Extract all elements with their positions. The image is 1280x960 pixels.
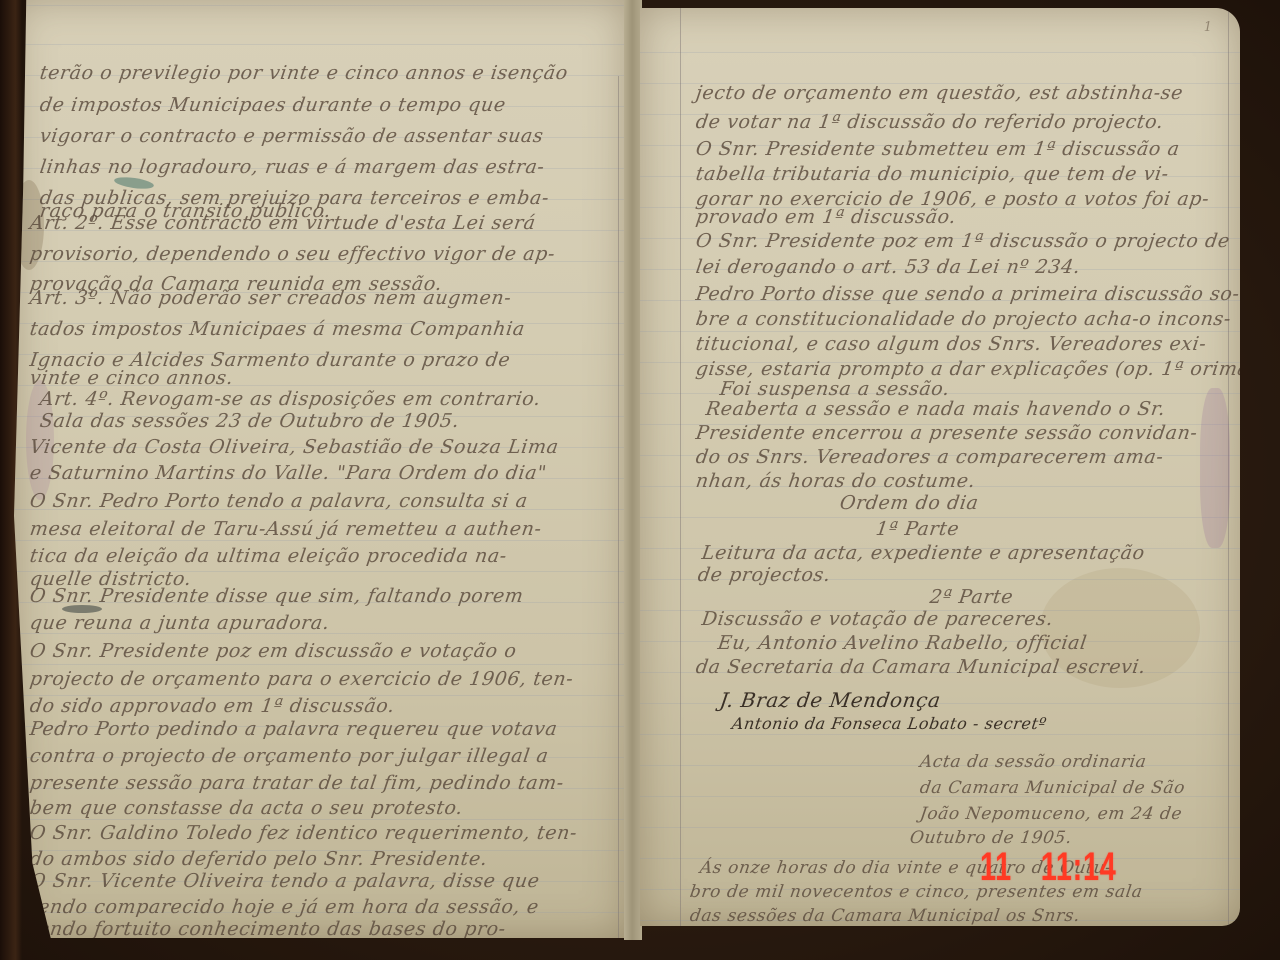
left-margin-rule: [680, 8, 681, 926]
handwritten-line: Pedro Porto disse que sendo a primeira d…: [694, 283, 1240, 305]
handwritten-line: terão o previlegio por vinte e cinco ann…: [38, 62, 569, 84]
handwritten-line: Eu, Antonio Avelino Rabello, official: [716, 632, 1088, 654]
handwritten-line: provado em 1ª discussão.: [694, 206, 957, 228]
handwritten-line: de impostos Municipaes durante o tempo q…: [38, 94, 507, 116]
handwritten-line: nhan, ás horas do costume.: [694, 470, 976, 492]
left-page: terão o previlegio por vinte e cinco ann…: [14, 0, 626, 938]
signature-secretary: Antonio da Fonseca Lobato - secretº: [731, 714, 1048, 733]
handwritten-line: O Snr. Galdino Toledo fez identico reque…: [28, 822, 578, 844]
part2-heading: 2ª Parte: [928, 586, 1014, 608]
minutes-heading-line: João Nepomuceno, em 24 de: [919, 804, 1184, 824]
purple-stain: [1200, 388, 1230, 548]
right-margin-rule: [618, 76, 619, 938]
handwritten-line: O Snr. Presidente submetteu em 1ª discus…: [694, 138, 1181, 160]
handwritten-line: Pedro Porto pedindo a palavra requereu q…: [28, 718, 558, 740]
order-of-day-heading: Ordem do dia: [838, 492, 980, 514]
handwritten-line: projecto de orçamento para o exercicio d…: [28, 668, 574, 690]
ledger-photo: terão o previlegio por vinte e cinco ann…: [0, 0, 1280, 960]
handwritten-line: jecto de orçamento em questão, est absti…: [694, 82, 1184, 104]
handwritten-line: contra o projecto de orçamento por julga…: [28, 745, 550, 767]
handwritten-line: das sessões da Camara Municipal os Snrs.: [689, 906, 1082, 926]
handwritten-line: de votar na 1ª discussão do referido pro…: [694, 111, 1165, 133]
right-page: 1 jecto de orçamento em questão, est abs…: [640, 8, 1240, 926]
handwritten-line: Foi suspensa a sessão.: [718, 378, 951, 400]
handwritten-line: Sala das sessões 23 de Outubro de 1905.: [38, 410, 460, 432]
handwritten-line: vigorar o contracto e permissão de assen…: [38, 125, 545, 147]
right-margin-rule: [1228, 8, 1229, 926]
handwritten-line: de projectos.: [696, 564, 832, 586]
handwritten-line: Art. 2º. Esse contracto em virtude d'est…: [28, 212, 537, 234]
handwritten-line: Presidente encerrou a presente sessão co…: [694, 422, 1199, 444]
handwritten-line: do os Snrs. Vereadores a comparecerem am…: [694, 446, 1165, 468]
handwritten-line: tabella tributaria do municipio, que tem…: [694, 163, 1170, 185]
handwritten-line: provisorio, dependendo o seu effectivo v…: [28, 243, 556, 265]
handwritten-line: e Saturnino Martins do Valle. "Para Orde…: [28, 462, 548, 484]
signature-president: J. Braz de Mendonça: [718, 688, 942, 712]
minutes-heading-line: Acta da sessão ordinaria: [919, 752, 1148, 772]
handwritten-line: lei derogando o art. 53 da Lei nº 234.: [694, 256, 1081, 278]
handwritten-line: Discussão e votação de pareceres.: [700, 608, 1054, 630]
handwritten-line: Leitura da acta, expediente e apresentaç…: [700, 542, 1146, 564]
handwritten-line: vinte e cinco annos.: [28, 367, 234, 389]
handwritten-line: Reaberta a sessão e nada mais havendo o …: [704, 398, 1166, 420]
part1-heading: 1ª Parte: [874, 518, 960, 540]
handwritten-line: O Snr. Presidente poz em 1ª discussão o …: [694, 230, 1231, 252]
handwritten-line: Art. 3º. Não poderão ser creados nem aug…: [28, 287, 512, 309]
minutes-heading-line: da Camara Municipal de São: [919, 778, 1187, 798]
handwritten-line: tendo fortuito conhecimento das bases do…: [28, 918, 507, 938]
handwritten-line: do sido approvado em 1ª discussão.: [28, 695, 396, 717]
handwritten-line: O Snr. Vicente Oliveira tendo a palavra,…: [28, 870, 541, 892]
handwritten-line: bre a constitucionalidade do projecto ac…: [694, 308, 1232, 330]
handwritten-line: titucional, e caso algum dos Snrs. Verea…: [694, 333, 1208, 355]
handwritten-line: linhas no logradouro, ruas e á margem da…: [38, 156, 546, 178]
handwritten-line: gisse, estaria prompto a dar explicações…: [694, 358, 1240, 380]
page-number: 1: [1204, 20, 1212, 35]
handwritten-line: bem que constasse da acta o seu protesto…: [28, 797, 464, 819]
handwritten-line: O Snr. Pedro Porto tendo a palavra, cons…: [28, 490, 529, 512]
handwritten-line: mesa eleitoral de Taru-Assú já remetteu …: [28, 518, 543, 540]
handwritten-line: do ambos sido deferido pelo Snr. Preside…: [28, 848, 489, 870]
handwritten-line: tados impostos Municipaes á mesma Compan…: [28, 318, 526, 340]
handwritten-line: Art. 4º. Revogam-se as disposições em co…: [38, 388, 542, 410]
handwritten-line: O Snr. Presidente poz em discussão e vot…: [28, 640, 518, 662]
handwritten-line: da Secretaria da Camara Municipal escrev…: [694, 656, 1147, 678]
handwritten-line: presente sessão para tratar de tal fim, …: [28, 772, 565, 794]
camera-timestamp: 11 11:14: [980, 845, 1116, 890]
handwritten-line: tica da eleição da ultima eleição proced…: [28, 545, 508, 567]
handwritten-line: que reuna a junta apuradora.: [28, 612, 331, 634]
handwritten-line: O Snr. Presidente disse que sim, faltand…: [28, 585, 525, 607]
handwritten-line: tendo comparecido hoje e já em hora da s…: [28, 896, 540, 918]
handwritten-line: Vicente da Costa Oliveira, Sebastião de …: [28, 436, 560, 458]
